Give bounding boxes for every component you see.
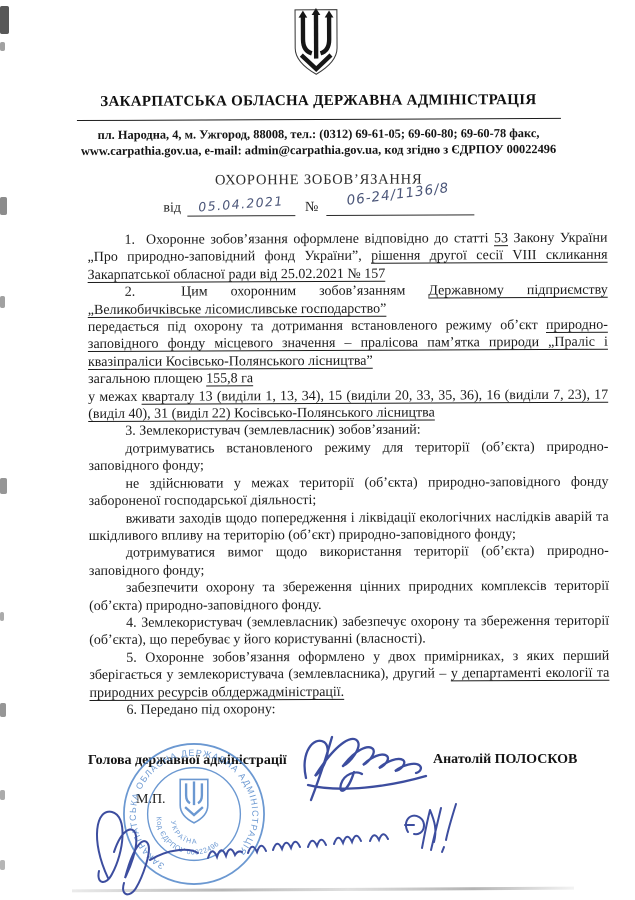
number-prefix-label: № (305, 200, 318, 215)
paragraph: 6. Передано під охорону: (89, 700, 609, 720)
text-segment: передається під охорону та дотримання вс… (88, 318, 546, 335)
paragraph: 1. Охоронне зобов’язання оформлене відпо… (87, 230, 607, 284)
scan-artifact (0, 296, 5, 308)
contact-line-2: www.carpathia.gov.ua, e-mail: admin@carp… (1, 141, 635, 160)
text-segment: 6. Передано під охорону: (126, 702, 275, 718)
scan-artifact (0, 6, 9, 34)
paragraph: дотримуватись встановленого режиму для т… (88, 439, 608, 476)
paragraph: у межах кварталу 13 (виділи 1, 13, 34), … (88, 386, 608, 423)
signature-block: ЗАКАРПАТСЬКА ОБЛАСНА ДЕРЖАВНА АДМІНІСТРА… (0, 738, 635, 900)
text-segment: 1. Охоронне зобов’язання оформлене відпо… (124, 231, 494, 248)
forester-signature (78, 798, 488, 900)
paragraph: 4. Землекористувач (землевласник) забезп… (89, 613, 609, 650)
text-segment: у межах (88, 389, 141, 404)
paragraph: 3. Землекористувач (землевласник) зобов’… (88, 421, 608, 441)
scan-artifact (0, 197, 7, 215)
text-segment: вживати заходів щодо попередження і лікв… (89, 509, 609, 544)
document-content: ЗАКАРПАТСЬКА ОБЛАСНА ДЕРЖАВНА АДМІНІСТРА… (0, 7, 635, 720)
date-prefix-label: від (163, 201, 181, 216)
header-divider (76, 118, 560, 121)
text-segment: дотримуватись встановленого режиму для т… (88, 440, 608, 475)
paragraph: передається під охорону та дотримання вс… (88, 317, 608, 371)
scan-artifact (0, 612, 4, 621)
scan-artifact (0, 478, 7, 494)
date-field: 05.04.2021 (187, 198, 295, 216)
paragraph: не здійснювати у межах території (об’єкт… (88, 473, 608, 510)
document-title: ОХОРОННЕ ЗОБОВ’ЯЗАННЯ (1, 171, 635, 191)
paragraph: вживати заходів щодо попередження і лікв… (89, 508, 609, 545)
date-number-line: від05.04.2021№06-24/1136/8 (1, 197, 635, 226)
scan-artifact (0, 790, 5, 800)
trident-icon (287, 8, 344, 76)
handwritten-date: 05.04.2021 (198, 193, 284, 214)
ukraine-trident-emblem (287, 8, 344, 81)
scan-artifact (0, 860, 5, 870)
paragraph: забезпечити охорону та збереження цінних… (89, 578, 609, 615)
text-segment: забезпечити охорону та збереження цінних… (89, 579, 609, 614)
document-body: 1. Охоронне зобов’язання оформлене відпо… (0, 230, 635, 720)
text-segment: не здійснювати у межах території (об’єкт… (89, 474, 609, 509)
filled-in-underlined-text: кварталу 13 (виділи 1, 13, 34), 15 (виді… (88, 387, 608, 422)
organization-name: ЗАКАРПАТСЬКА ОБЛАСНА ДЕРЖАВНА АДМІНІСТРА… (1, 92, 635, 112)
paragraph: 5. Охоронне зобов’язання оформлено у дво… (89, 647, 609, 701)
scanned-document-page: ЗАКАРПАТСЬКА ОБЛАСНА ДЕРЖАВНА АДМІНІСТРА… (0, 0, 635, 900)
text-segment: 4. Землекористувач (землевласник) забезп… (89, 614, 609, 649)
signer-name: Анатолій ПОЛОСКОВ (433, 752, 577, 768)
text-segment: загальною площею (88, 372, 206, 388)
paragraph: 2. Цим охоронним зобов’язанням Державном… (88, 282, 608, 319)
scan-artifact (0, 42, 5, 51)
filled-in-underlined-text: 53 (494, 231, 508, 246)
text-segment: 3. Землекористувач (землевласник) зобов’… (125, 423, 420, 439)
head-signature (296, 732, 446, 806)
text-segment: 2. Цим охоронним зобов’язанням (125, 284, 429, 300)
text-segment: дотримуватися вимог щодо використання те… (89, 544, 609, 579)
filled-in-underlined-text: 155,8 га (206, 372, 253, 387)
number-field: 06-24/1136/8 (326, 197, 474, 216)
scan-artifact (0, 703, 6, 717)
paragraph: загальною площею 155,8 га (88, 369, 608, 389)
paragraph: дотримуватися вимог щодо використання те… (89, 543, 609, 580)
